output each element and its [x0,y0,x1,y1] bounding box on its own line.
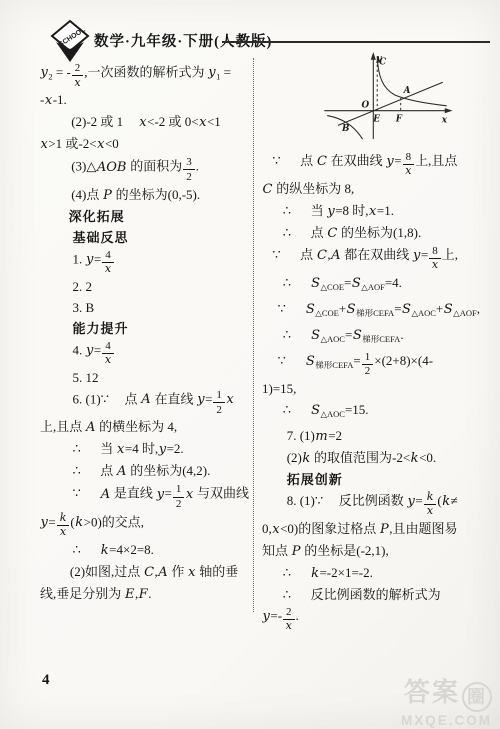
label-E: E [372,114,380,124]
math-variable: k [75,515,84,530]
math-variable: C [262,182,273,197]
math-variable: y [40,515,48,530]
math-variable: S [311,276,321,291]
subscript: 梯形CEFA [315,360,353,370]
math-variable: x [369,204,377,219]
text-line: (4)点 P 的坐标为(0,-5). [71,185,254,206]
fraction-numerator: 3 [183,156,195,170]
math-variable: S [305,354,315,369]
hyperbola-figure: y x O C A B E F [318,50,456,142]
subscript: △COE [320,282,344,292]
section-heading: 拓展创新 [287,469,494,490]
text-line: (3)△AOB 的面积为32. [71,156,254,183]
text-line: ∴当 x=4 时,y=2. [73,439,255,460]
fraction-denominator: x [424,505,437,518]
subscript: △AOC [320,409,344,419]
fraction: 8x [429,245,441,272]
text-line: ∴k=4×2=8. [73,540,255,561]
subscript: △AOF [453,308,477,318]
math-variable: y [327,204,335,219]
fraction-denominator: x [72,76,84,89]
subscript: △COE [315,308,339,318]
fraction-denominator: 2 [213,403,225,416]
label-F: F [395,114,403,124]
text-line: ∴S△AOC=15. [283,399,494,425]
fraction: 12 [173,483,185,510]
fraction-denominator: x [429,259,441,272]
math-variable: x [40,137,48,152]
subscript: 梯形CEFA [362,334,400,344]
math-variable: y [86,343,94,358]
math-variable: x [44,93,52,108]
math-variable: y [197,392,205,407]
text-line: y=kx(k>0)的交点, [40,512,254,539]
text-line: (2)k 的取值范围为-2<k<0. [287,447,494,469]
math-variable: C [327,226,338,241]
math-variable: S [352,328,362,343]
header-rule [222,41,490,43]
text-line: 0,x<0)的图象过格点 P,且由题图易 [262,518,494,540]
label-C: C [379,58,386,68]
text-line: ∴点 C 的坐标为(1,8). [283,222,494,244]
text-line: (2)-2 或 1x<-2 或 0<x<1 [71,112,254,133]
text-line: 1)=15, [262,378,494,399]
math-variable: x [199,115,207,130]
fraction-numerator: 2 [72,62,84,76]
label-B: B [341,124,350,134]
text-line: 6. (1)∵点 A 在直线 y=12x [73,389,255,416]
section-heading: 深化拓展 [69,207,254,227]
math-variable: AOB [96,160,127,175]
text-line: ∴反比例函数的解析式为 [283,584,494,605]
math-variable: y [158,442,166,457]
text-line: -x-1. [40,90,254,111]
section-heading: 能力提升 [73,319,255,339]
math-variable: F [138,587,148,602]
text-line: ∵S△COE+S梯形CEFA=S△AOC+S△AOF, [278,298,494,324]
text-line: ∴S△AOC=S梯形CEFA. [283,324,494,350]
math-variable: E [125,587,136,602]
x-axis-arrow [445,108,453,113]
math-variable: A [158,565,168,580]
fraction-denominator: x [403,165,415,178]
fraction-denominator: 2 [183,170,195,183]
text-line: 7. (1)m=2 [287,425,494,447]
page: SCHOOL 数学·九年级·下册(人教版) y2 = -2x,一次函数的解析式为… [0,0,500,729]
text-line: ∵S梯形CEFA=12×(2+8)×(4- [278,350,494,378]
subscript: △AOF [361,282,385,292]
fraction-numerator: 1 [213,389,225,403]
text-line: ∴S△COE=S△AOF=4. [283,272,494,298]
fraction: 2x [72,62,84,89]
math-variable: k [302,451,311,466]
math-variable: x [226,392,234,407]
text-line: 1. y=4x [73,249,255,276]
fraction-numerator: k [424,491,437,505]
fraction-numerator: 4 [102,340,114,354]
text-line: y=-2x. [262,605,494,633]
math-variable: S [351,276,361,291]
text-line: 4. y=4x [73,340,255,367]
subscript: 1 [216,71,220,81]
math-variable: x [139,115,147,130]
math-variable: S [346,302,356,317]
fraction-numerator: 8 [403,151,415,165]
y-axis-arrow [371,52,376,60]
subscript: △AOC [320,334,344,344]
math-variable: S [311,403,321,418]
subscript: △AOC [411,308,435,318]
fraction-denominator: x [57,526,70,539]
text-line: ∴当 y=8 时,x=1. [283,200,494,222]
math-variable: A [86,420,96,435]
watermark-brand: 答案圈 [401,678,492,712]
fraction-denominator: x [102,354,114,367]
math-variable: A [331,248,341,263]
text-line: 8. (1)∵反比例函数 y=kx(k≠ [287,490,494,518]
math-variable: C [316,248,327,263]
fraction-numerator: 1 [362,351,374,365]
watermark-circled-char: 圈 [462,682,492,712]
math-variable: x [272,522,280,537]
watermark-site: MXQE.COM [401,713,492,728]
math-variable: k [442,494,451,509]
math-variable: P [291,544,301,559]
fraction-denominator: 2 [173,498,185,511]
text-line: 上,且点 A 的横坐标为 4, [40,417,254,438]
fraction-numerator: 8 [429,245,441,259]
label-x: x [441,115,448,125]
line-through-origin [338,82,443,125]
fraction-numerator: 4 [102,249,114,263]
math-variable: P [103,188,113,203]
math-variable: S [402,302,412,317]
text-line: ∵点 C,A 都在双曲线 y=8x上, [272,244,494,272]
math-variable: y [407,494,415,509]
right-column: y x O C A B E F ∵点 C 在双曲线 y=8x上,且点C 的纵坐标… [262,50,494,633]
math-variable: A [117,464,127,479]
fraction-numerator: 1 [173,483,185,497]
right-column-text: ∵点 C 在双曲线 y=8x上,且点C 的纵坐标为 8,∴当 y=8 时,x=1… [262,150,494,633]
math-variable: y [413,248,421,263]
fraction: 4x [102,340,114,367]
math-variable: x [188,565,196,580]
label-A: A [403,86,411,96]
fraction: kx [57,512,70,539]
math-variable: y [386,154,394,169]
math-variable: x [185,487,193,502]
fraction: 12 [362,351,374,378]
page-number: 4 [42,672,50,689]
math-variable: m [315,429,328,444]
math-variable: S [443,302,453,317]
math-variable: y [86,252,94,267]
fraction: 32 [183,156,195,183]
math-variable: S [311,328,321,343]
text-line: C 的纵坐标为 8, [262,178,494,200]
hyperbola-branch-q1 [377,57,446,106]
math-variable: k [311,566,320,581]
text-line: 3. B [73,298,255,318]
watermark-brand-text: 答案 [404,677,460,707]
watermark: 答案圈 MXQE.COM [401,678,492,728]
text-line: ∵A 是直线 y=12x 与双曲线 [73,483,255,510]
subscript: 2 [48,71,52,81]
fraction: 12 [213,389,225,416]
text-line: 5. 12 [73,368,255,388]
text-line: 线,垂足分别为 E,F. [40,584,254,605]
math-variable: y [262,609,270,624]
fraction-denominator: x [283,620,295,633]
math-variable: C [316,154,327,169]
school-logo: SCHOOL [50,19,90,63]
math-variable: k [100,543,109,558]
text-line: 2. 2 [73,277,255,297]
fraction-numerator: 2 [283,606,295,620]
fraction-denominator: x [102,263,114,276]
fraction-denominator: 2 [362,365,374,378]
math-variable: P [380,522,390,537]
label-O: O [362,101,370,111]
text-line: ∴点 A 的坐标为(4,2). [73,461,255,482]
text-line: 知点 P 的坐标是(-2,1), [262,540,494,562]
fraction: 2x [283,606,295,633]
text-line: ∴k=-2×1=-2. [283,562,494,584]
text-line: (2)如图,过点 C,A 作 x 轴的垂 [70,562,254,583]
fraction: kx [424,491,437,518]
section-heading: 基础反思 [73,228,255,248]
text-line: y2 = -2x,一次函数的解析式为 y1 = [40,62,254,89]
math-variable: y [208,65,216,80]
math-variable: y [156,487,164,502]
math-variable: C [144,565,155,580]
left-column: y2 = -2x,一次函数的解析式为 y1 =-x-1.(2)-2 或 1x<-… [40,62,254,606]
math-variable: A [141,392,151,407]
fraction: 4x [102,249,114,276]
math-variable: k [410,451,419,466]
text-line: ∵点 C 在双曲线 y=8x上,且点 [272,150,494,178]
math-variable: A [100,487,110,502]
fraction: 8x [403,151,415,178]
fraction-numerator: k [57,512,70,526]
subscript: 梯形CEFA [356,308,394,318]
math-variable: x [97,137,105,152]
math-variable: x [117,442,125,457]
math-variable: S [305,302,315,317]
text-line: x>1 或-2<x<0 [40,134,254,155]
